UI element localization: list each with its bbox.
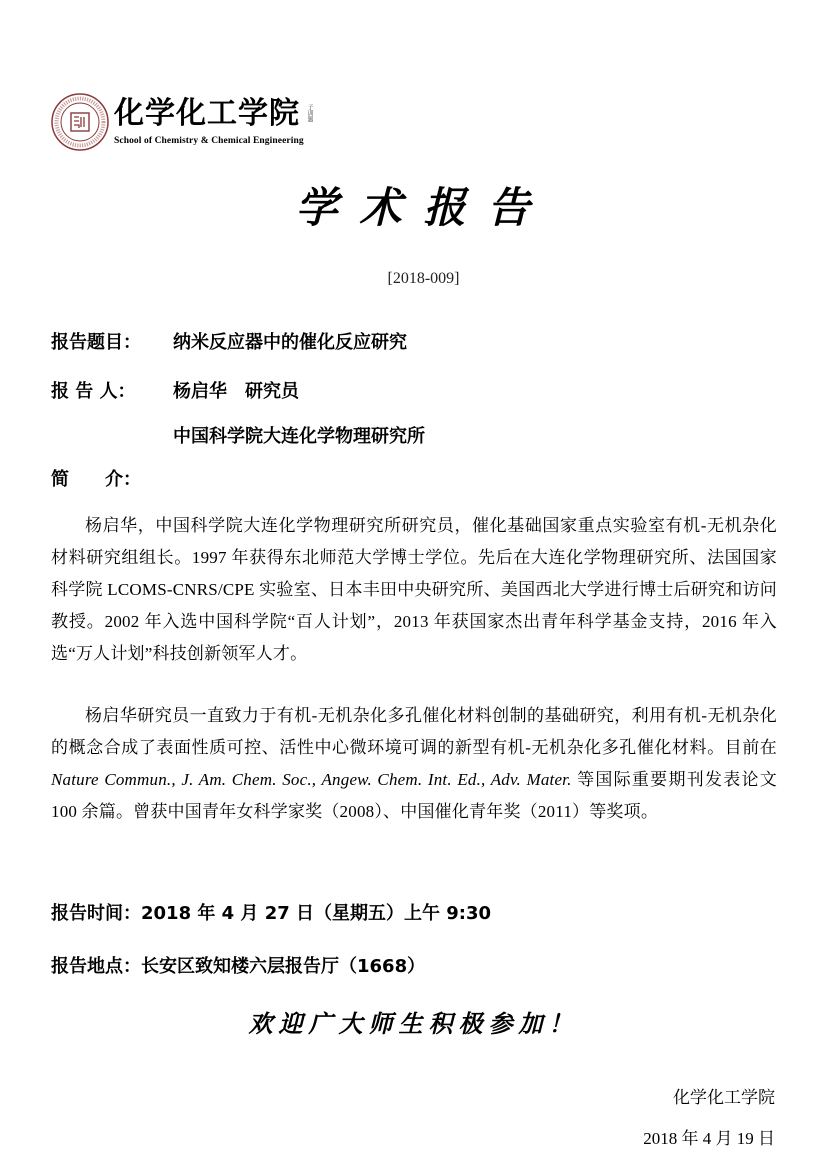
school-name-cn: 化学化工学院 bbox=[114, 96, 300, 132]
speaker-affiliation: 中国科学院大连化学物理研究所 bbox=[51, 425, 425, 449]
report-time: 报告时间：2018 年 4 月 27 日（星期五）上午 9:30 bbox=[51, 902, 491, 926]
intro-field: 简 介： bbox=[51, 468, 173, 492]
school-seal-icon bbox=[50, 92, 110, 152]
speaker-value: 杨启华 研究员 bbox=[173, 380, 299, 404]
signature-date: 2018 年 4 月 19 日 bbox=[643, 1128, 775, 1150]
bio-paragraph-2: 杨启华研究员一直致力于有机-无机杂化多孔催化材料创制的基础研究，利用有机-无机杂… bbox=[51, 700, 777, 828]
report-number: [2018-009] bbox=[0, 270, 827, 288]
speaker-field: 报 告 人：杨启华 研究员 bbox=[51, 380, 299, 404]
affiliation-value: 中国科学院大连化学物理研究所 bbox=[173, 425, 425, 449]
journal-list: Nature Commun., J. Am. Chem. Soc., Angew… bbox=[51, 770, 572, 789]
speaker-label: 报 告 人： bbox=[51, 380, 173, 404]
bio-paragraph-1: 杨启华，中国科学院大连化学物理研究所研究员，催化基础国家重点实验室有机-无机杂化… bbox=[51, 510, 777, 670]
topic-value: 纳米反应器中的催化反应研究 bbox=[173, 331, 407, 355]
school-name-en: School of Chemistry & Chemical Engineeri… bbox=[114, 136, 304, 147]
topic-label: 报告题目： bbox=[51, 331, 173, 355]
topic-field: 报告题目：纳米反应器中的催化反应研究 bbox=[51, 331, 407, 355]
signature-org: 化学化工学院 bbox=[673, 1087, 775, 1109]
welcome-banner: 欢迎广大师生积极参加！ bbox=[0, 1006, 827, 1042]
intro-label: 简 介： bbox=[51, 468, 173, 492]
report-location: 报告地点：长安区致知楼六层报告厅（1668） bbox=[51, 955, 425, 979]
page-title: 学术报告 bbox=[0, 180, 827, 236]
calligraphy-mark: 子训题 bbox=[305, 104, 313, 122]
bio-p2-text: 杨启华研究员一直致力于有机-无机杂化多孔催化材料创制的基础研究，利用有机-无机杂… bbox=[51, 706, 777, 757]
